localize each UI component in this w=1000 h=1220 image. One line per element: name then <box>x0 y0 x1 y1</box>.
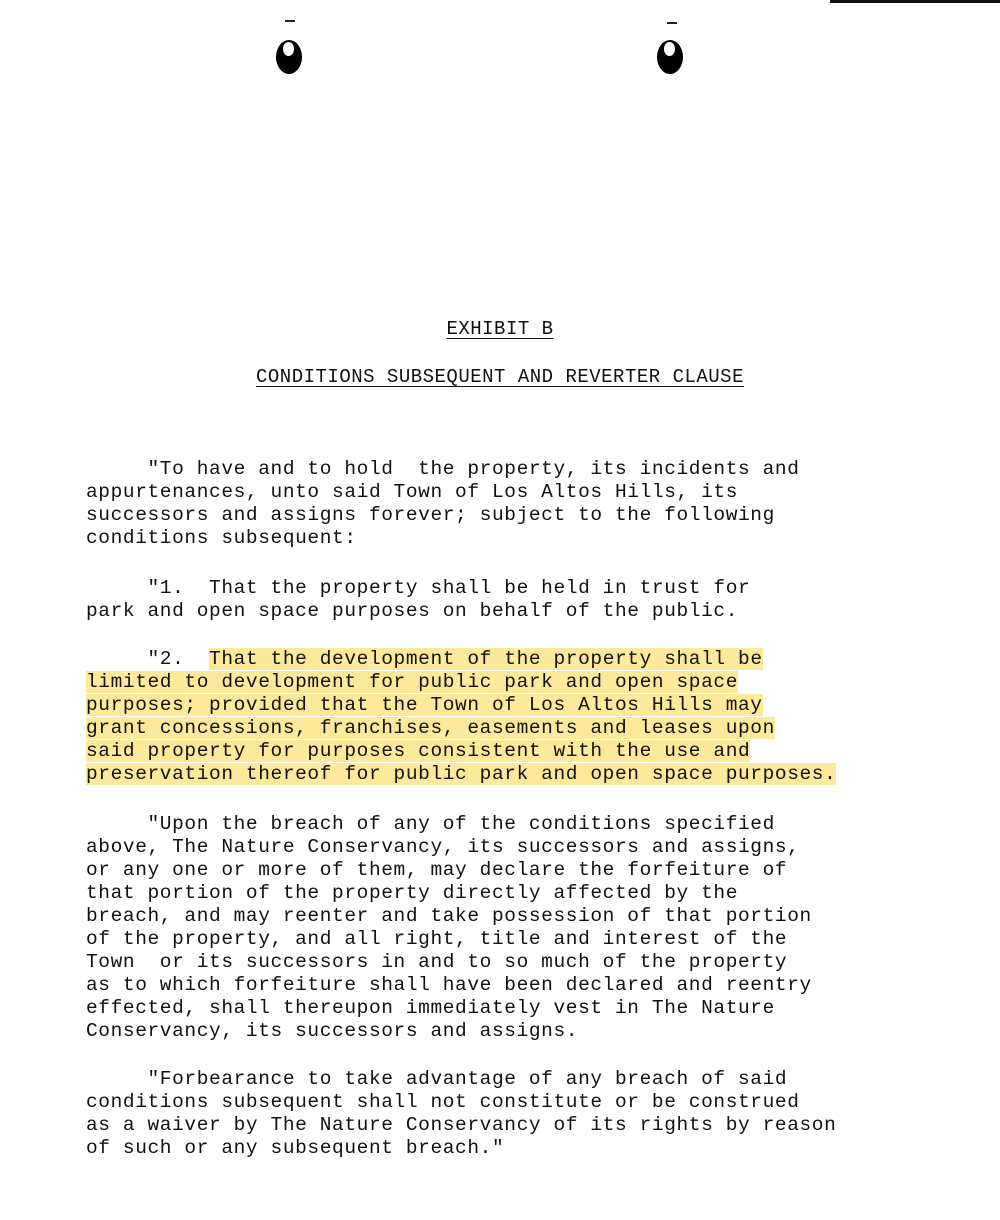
text-line: of such or any subsequent breach." <box>86 1137 836 1160</box>
text-line: as a waiver by The Nature Conservancy of… <box>86 1114 836 1137</box>
text-line: Town or its successors in and to so much… <box>86 951 812 974</box>
condition-1-paragraph: "1. That the property shall be held in t… <box>86 577 750 623</box>
text-line: breach, and may reenter and take possess… <box>86 905 812 928</box>
text-line: preservation thereof for public park and… <box>86 763 836 786</box>
punch-hole-icon <box>276 40 302 74</box>
scan-dash-mark <box>667 22 677 24</box>
text-line: purposes; provided that the Town of Los … <box>86 694 836 717</box>
highlight: limited to development for public park a… <box>86 671 738 693</box>
text-line: that portion of the property directly af… <box>86 882 812 905</box>
text-line: "Upon the breach of any of the condition… <box>86 813 812 836</box>
text-line: or any one or more of them, may declare … <box>86 859 812 882</box>
text-line: conditions subsequent shall not constitu… <box>86 1091 836 1114</box>
scan-dash-mark <box>285 20 295 22</box>
text-line: said property for purposes consistent wi… <box>86 740 836 763</box>
text-line: "To have and to hold the property, its i… <box>86 458 800 481</box>
text-line: "Forbearance to take advantage of any br… <box>86 1068 836 1091</box>
condition-2-paragraph-highlighted: "2. That the development of the property… <box>86 648 836 786</box>
text-line: Conservancy, its successors and assigns. <box>86 1020 812 1043</box>
exhibit-heading: EXHIBIT B <box>0 318 1000 340</box>
text-line: effected, shall thereupon immediately ve… <box>86 997 812 1020</box>
text-line: of the property, and all right, title an… <box>86 928 812 951</box>
text-line: appurtenances, unto said Town of Los Alt… <box>86 481 800 504</box>
scan-edge-mark <box>830 0 1000 3</box>
habendum-paragraph: "To have and to hold the property, its i… <box>86 458 800 550</box>
highlight: preservation thereof for public park and… <box>86 763 836 785</box>
forbearance-paragraph: "Forbearance to take advantage of any br… <box>86 1068 836 1160</box>
highlight: That the development of the property sha… <box>209 648 763 670</box>
punch-hole-icon <box>657 40 683 74</box>
text-line: "2. That the development of the property… <box>86 648 836 671</box>
text-line: successors and assigns forever; subject … <box>86 504 800 527</box>
text-line: as to which forfeiture shall have been d… <box>86 974 812 997</box>
highlight: said property for purposes consistent wi… <box>86 740 750 762</box>
reverter-paragraph: "Upon the breach of any of the condition… <box>86 813 812 1043</box>
text-line: limited to development for public park a… <box>86 671 836 694</box>
exhibit-subheading: CONDITIONS SUBSEQUENT AND REVERTER CLAUS… <box>0 366 1000 388</box>
text-line: above, The Nature Conservancy, its succe… <box>86 836 812 859</box>
highlight: grant concessions, franchises, easements… <box>86 717 775 739</box>
text-line: "1. That the property shall be held in t… <box>86 577 750 600</box>
highlight: purposes; provided that the Town of Los … <box>86 694 763 716</box>
text-line: grant concessions, franchises, easements… <box>86 717 836 740</box>
text-line: conditions subsequent: <box>86 527 800 550</box>
text-line: park and open space purposes on behalf o… <box>86 600 750 623</box>
